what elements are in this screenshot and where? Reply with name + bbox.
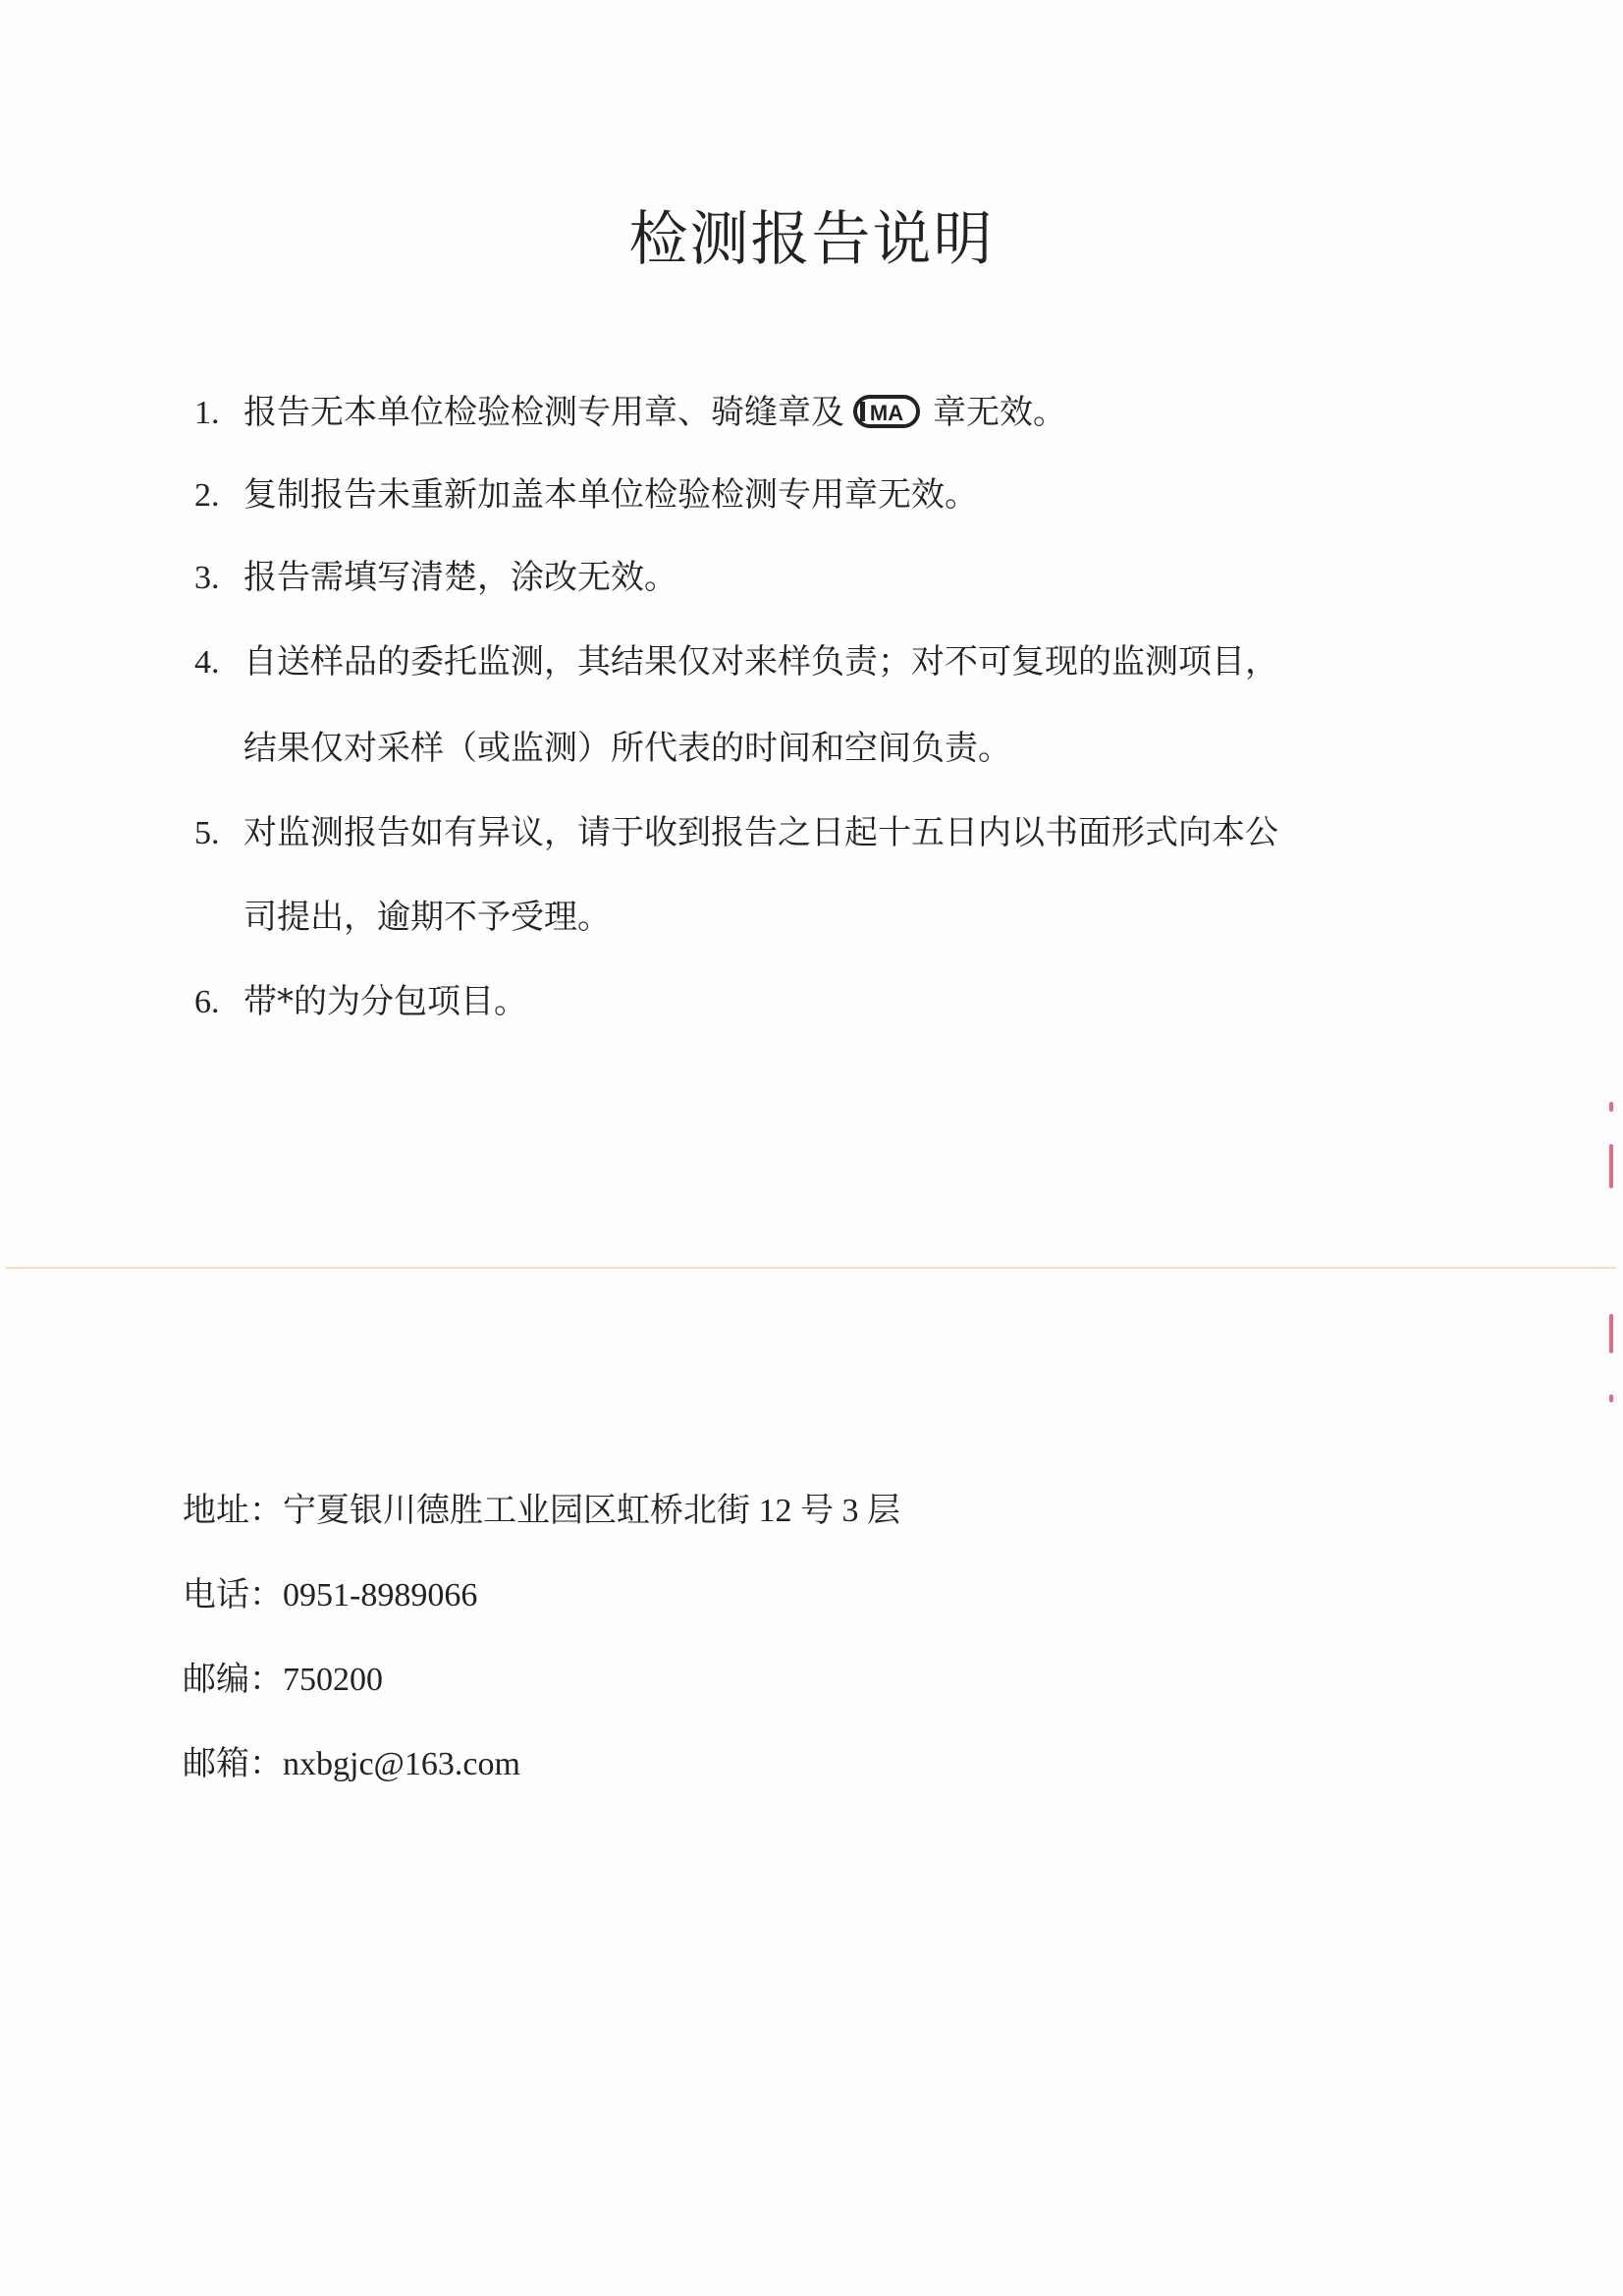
document-page: 检测报告说明 1.报告无本单位检验检测专用章、骑缝章及MA章无效。 2.复制报告… (0, 0, 1623, 2296)
item-text: 报告需填写清楚，涂改无效。 (243, 558, 677, 597)
list-item-4: 4.自送样品的委托监测，其结果仅对来样负责；对不可复现的监测项目， (194, 640, 1278, 684)
svg-text:MA: MA (870, 401, 903, 425)
phone-value: 0951-8989066 (283, 1577, 477, 1613)
item-number: 6. (194, 981, 243, 1024)
item-text-after-logo: 章无效。 (933, 393, 1066, 432)
list-item-5-continuation: 司提出，逾期不予受理。 (194, 896, 611, 939)
item-text-continuation: 结果仅对采样（或监测）所代表的时间和空间负责。 (194, 727, 1011, 770)
list-item-1: 1.报告无本单位检验检测专用章、骑缝章及MA章无效。 (194, 391, 1066, 435)
item-text: 报告无本单位检验检测专用章、骑缝章及 (243, 393, 844, 432)
seam-seal-mark (1609, 1314, 1613, 1353)
cma-logo-icon: MA (852, 394, 921, 429)
email-label: 邮箱： (183, 1744, 283, 1783)
item-text-continuation: 司提出，逾期不予受理。 (194, 896, 611, 939)
list-item-4-continuation: 结果仅对采样（或监测）所代表的时间和空间负责。 (194, 727, 1011, 770)
postcode-label: 邮编： (183, 1660, 283, 1699)
item-number: 4. (194, 641, 243, 684)
seam-seal-mark (1609, 1394, 1613, 1402)
item-number: 2. (194, 474, 243, 518)
contact-address: 地址：宁夏银川德胜工业园区虹桥北街 12 号 3 层 (183, 1489, 900, 1533)
address-label: 地址： (183, 1491, 283, 1530)
address-value: 宁夏银川德胜工业园区虹桥北街 12 号 3 层 (283, 1493, 900, 1529)
item-number: 1. (194, 392, 243, 435)
list-item-5: 5.对监测报告如有异议，请于收到报告之日起十五日内以书面形式向本公 (194, 811, 1278, 855)
contact-email: 邮箱：nxbgjc@163.com (183, 1742, 520, 1786)
contact-postcode: 邮编：750200 (183, 1658, 383, 1702)
item-number: 3. (194, 557, 243, 600)
email-value: nxbgjc@163.com (283, 1746, 520, 1782)
list-item-6: 6.带*的为分包项目。 (194, 980, 527, 1024)
list-item-3: 3.报告需填写清楚，涂改无效。 (194, 556, 677, 600)
postcode-value: 750200 (283, 1662, 383, 1698)
page-title: 检测报告说明 (0, 204, 1623, 275)
item-text: 对监测报告如有异议，请于收到报告之日起十五日内以书面形式向本公 (243, 813, 1278, 852)
fold-line (6, 1267, 1616, 1269)
item-number: 5. (194, 812, 243, 855)
contact-phone: 电话：0951-8989066 (183, 1573, 477, 1617)
seam-seal-mark (1609, 1144, 1613, 1188)
list-item-2: 2.复制报告未重新加盖本单位检验检测专用章无效。 (194, 473, 978, 518)
seam-seal-mark (1609, 1102, 1613, 1112)
item-text: 带*的为分包项目。 (243, 982, 527, 1021)
phone-label: 电话： (183, 1575, 283, 1614)
item-text: 自送样品的委托监测，其结果仅对来样负责；对不可复现的监测项目， (243, 642, 1278, 682)
item-text: 复制报告未重新加盖本单位检验检测专用章无效。 (243, 475, 978, 515)
